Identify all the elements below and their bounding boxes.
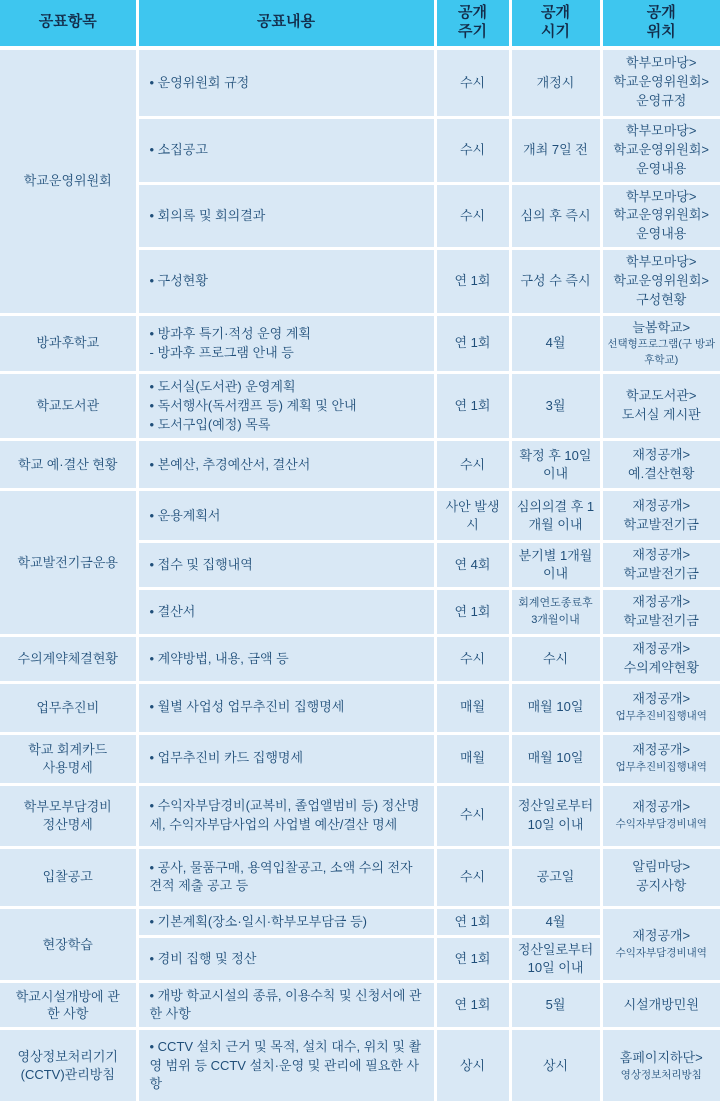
item-cell: 학교시설개방에 관 한 사항 — [0, 982, 137, 1029]
content-cell: • 접수 및 집행내역 — [137, 542, 435, 589]
timing-cell: 정산일로부터 10일 이내 — [510, 784, 601, 847]
location-cell: 재정공개>예.결산현황 — [601, 440, 720, 490]
column-header-location: 공개 위치 — [601, 0, 720, 48]
location-cell: 재정공개>학교발전기금 — [601, 490, 720, 542]
item-cell: 학교운영위원회 — [0, 48, 137, 315]
timing-cell: 개최 7일 전 — [510, 118, 601, 184]
content-cell: • 수익자부담경비(교복비, 졸업앨범비 등) 정산명세, 수익자부담사업의 사… — [137, 784, 435, 847]
item-cell: 학부모부담경비 정산명세 — [0, 784, 137, 847]
timing-cell: 심의의결 후 1개월 이내 — [510, 490, 601, 542]
content-cell: • 계약방법, 내용, 금액 등 — [137, 635, 435, 682]
content-cell: • 운영위원회 규정 — [137, 48, 435, 118]
content-cell: • 소집공고 — [137, 118, 435, 184]
cycle-cell: 수시 — [435, 118, 510, 184]
content-cell: • 결산서 — [137, 589, 435, 636]
timing-cell: 개정시 — [510, 48, 601, 118]
timing-cell: 수시 — [510, 635, 601, 682]
timing-cell: 4월 — [510, 314, 601, 372]
timing-cell: 매월 10일 — [510, 733, 601, 784]
content-cell: • 개방 학교시설의 종류, 이용수칙 및 신청서에 관한 사항 — [137, 982, 435, 1029]
table-row: 입찰공고 • 공사, 물품구매, 용역입찰공고, 소액 수의 전자 견적 제출 … — [0, 847, 720, 907]
location-cell: 학부모마당>학교운영위원회>운영내용 — [601, 183, 720, 249]
content-cell: • 운용계획서 — [137, 490, 435, 542]
location-cell: 재정공개>업무추진비집행내역 — [601, 682, 720, 733]
content-cell: • 회의록 및 회의결과 — [137, 183, 435, 249]
cycle-cell: 수시 — [435, 440, 510, 490]
location-cell: 시설개방민원 — [601, 982, 720, 1029]
cycle-cell: 상시 — [435, 1029, 510, 1101]
table-row: 학부모부담경비 정산명세 • 수익자부담경비(교복비, 졸업앨범비 등) 정산명… — [0, 784, 720, 847]
table-row: 수의계약체결현황 • 계약방법, 내용, 금액 등 수시 수시 재정공개>수의계… — [0, 635, 720, 682]
table-row: 학교발전기금운용 • 운용계획서 사안 발생시 심의의결 후 1개월 이내 재정… — [0, 490, 720, 542]
timing-cell: 매월 10일 — [510, 682, 601, 733]
column-header-timing: 공개 시기 — [510, 0, 601, 48]
cycle-cell: 연 1회 — [435, 314, 510, 372]
disclosure-table: 공표항목 공표내용 공개 주기 공개 시기 공개 위치 학교운영위원회 • 운영… — [0, 0, 720, 1101]
location-cell: 재정공개>학교발전기금 — [601, 542, 720, 589]
table-row: 업무추진비 • 월별 사업성 업무추진비 집행명세 매월 매월 10일 재정공개… — [0, 682, 720, 733]
timing-cell: 구성 수 즉시 — [510, 249, 601, 315]
location-cell: 재정공개>학교발전기금 — [601, 589, 720, 636]
content-cell: • 구성현황 — [137, 249, 435, 315]
column-header-cycle: 공개 주기 — [435, 0, 510, 48]
timing-cell: 확정 후 10일 이내 — [510, 440, 601, 490]
location-cell: 재정공개>수익자부담경비내역 — [601, 784, 720, 847]
location-cell: 알림마당>공지사항 — [601, 847, 720, 907]
content-cell: • 방과후 특기·적성 운영 계획- 방과후 프로그램 안내 등 — [137, 314, 435, 372]
location-cell: 학교도서관>도서실 게시판 — [601, 372, 720, 440]
header-row: 공표항목 공표내용 공개 주기 공개 시기 공개 위치 — [0, 0, 720, 48]
item-cell: 입찰공고 — [0, 847, 137, 907]
cycle-cell: 연 1회 — [435, 936, 510, 981]
table-row: 학교시설개방에 관 한 사항 • 개방 학교시설의 종류, 이용수칙 및 신청서… — [0, 982, 720, 1029]
location-cell: 늘봄학교>선택형프로그램(구 방과후학교) — [601, 314, 720, 372]
item-cell: 업무추진비 — [0, 682, 137, 733]
cycle-cell: 연 1회 — [435, 589, 510, 636]
cycle-cell: 수시 — [435, 48, 510, 118]
table-row: 학교운영위원회 • 운영위원회 규정 수시 개정시 학부모마당>학교운영위원회>… — [0, 48, 720, 118]
item-cell: 영상정보처리기기 (CCTV)관리방침 — [0, 1029, 137, 1101]
table-row: 학교도서관 • 도서실(도서관) 운영계획• 독서행사(독서캠프 등) 계획 및… — [0, 372, 720, 440]
cycle-cell: 연 4회 — [435, 542, 510, 589]
timing-cell: 정산일로부터 10일 이내 — [510, 936, 601, 981]
location-cell: 학부모마당>학교운영위원회>운영규정 — [601, 48, 720, 118]
item-cell: 학교도서관 — [0, 372, 137, 440]
timing-cell: 4월 — [510, 907, 601, 936]
cycle-cell: 연 1회 — [435, 249, 510, 315]
timing-cell: 5월 — [510, 982, 601, 1029]
cycle-cell: 매월 — [435, 682, 510, 733]
table-row: 방과후학교 • 방과후 특기·적성 운영 계획- 방과후 프로그램 안내 등 연… — [0, 314, 720, 372]
location-cell: 홈페이지하단>영상정보처리방침 — [601, 1029, 720, 1101]
cycle-cell: 연 1회 — [435, 372, 510, 440]
timing-cell: 회계연도종료후 3개월이내 — [510, 589, 601, 636]
item-cell: 수의계약체결현황 — [0, 635, 137, 682]
content-cell: • CCTV 설치 근거 및 목적, 설치 대수, 위치 및 촬영 범위 등 C… — [137, 1029, 435, 1101]
item-cell: 학교 회계카드 사용명세 — [0, 733, 137, 784]
cycle-cell: 수시 — [435, 183, 510, 249]
location-cell: 학부모마당>학교운영위원회>운영내용 — [601, 118, 720, 184]
item-cell: 학교발전기금운용 — [0, 490, 137, 635]
location-cell: 학부모마당>학교운영위원회>구성현황 — [601, 249, 720, 315]
location-cell: 재정공개>수의계약현황 — [601, 635, 720, 682]
content-cell: • 본예산, 추경예산서, 결산서 — [137, 440, 435, 490]
table-row: 학교 예·결산 현황 • 본예산, 추경예산서, 결산서 수시 확정 후 10일… — [0, 440, 720, 490]
cycle-cell: 사안 발생시 — [435, 490, 510, 542]
item-cell: 현장학습 — [0, 907, 137, 982]
cycle-cell: 수시 — [435, 847, 510, 907]
content-cell: • 월별 사업성 업무추진비 집행명세 — [137, 682, 435, 733]
location-cell: 재정공개>수익자부담경비내역 — [601, 907, 720, 982]
timing-cell: 심의 후 즉시 — [510, 183, 601, 249]
content-cell: • 공사, 물품구매, 용역입찰공고, 소액 수의 전자 견적 제출 공고 등 — [137, 847, 435, 907]
item-cell: 학교 예·결산 현황 — [0, 440, 137, 490]
location-cell: 재정공개>업무추진비집행내역 — [601, 733, 720, 784]
column-header-item: 공표항목 — [0, 0, 137, 48]
cycle-cell: 연 1회 — [435, 982, 510, 1029]
item-cell: 방과후학교 — [0, 314, 137, 372]
cycle-cell: 매월 — [435, 733, 510, 784]
column-header-content: 공표내용 — [137, 0, 435, 48]
content-cell: • 기본계획(장소·일시·학부모부담금 등) — [137, 907, 435, 936]
cycle-cell: 연 1회 — [435, 907, 510, 936]
cycle-cell: 수시 — [435, 784, 510, 847]
timing-cell: 공고일 — [510, 847, 601, 907]
table-row: 학교 회계카드 사용명세 • 업무추진비 카드 집행명세 매월 매월 10일 재… — [0, 733, 720, 784]
content-cell: • 업무추진비 카드 집행명세 — [137, 733, 435, 784]
cycle-cell: 수시 — [435, 635, 510, 682]
timing-cell: 분기별 1개월 이내 — [510, 542, 601, 589]
timing-cell: 상시 — [510, 1029, 601, 1101]
content-cell: • 도서실(도서관) 운영계획• 독서행사(독서캠프 등) 계획 및 안내• 도… — [137, 372, 435, 440]
timing-cell: 3월 — [510, 372, 601, 440]
table-row: 현장학습 • 기본계획(장소·일시·학부모부담금 등) 연 1회 4월 재정공개… — [0, 907, 720, 936]
content-cell: • 경비 집행 및 정산 — [137, 936, 435, 981]
